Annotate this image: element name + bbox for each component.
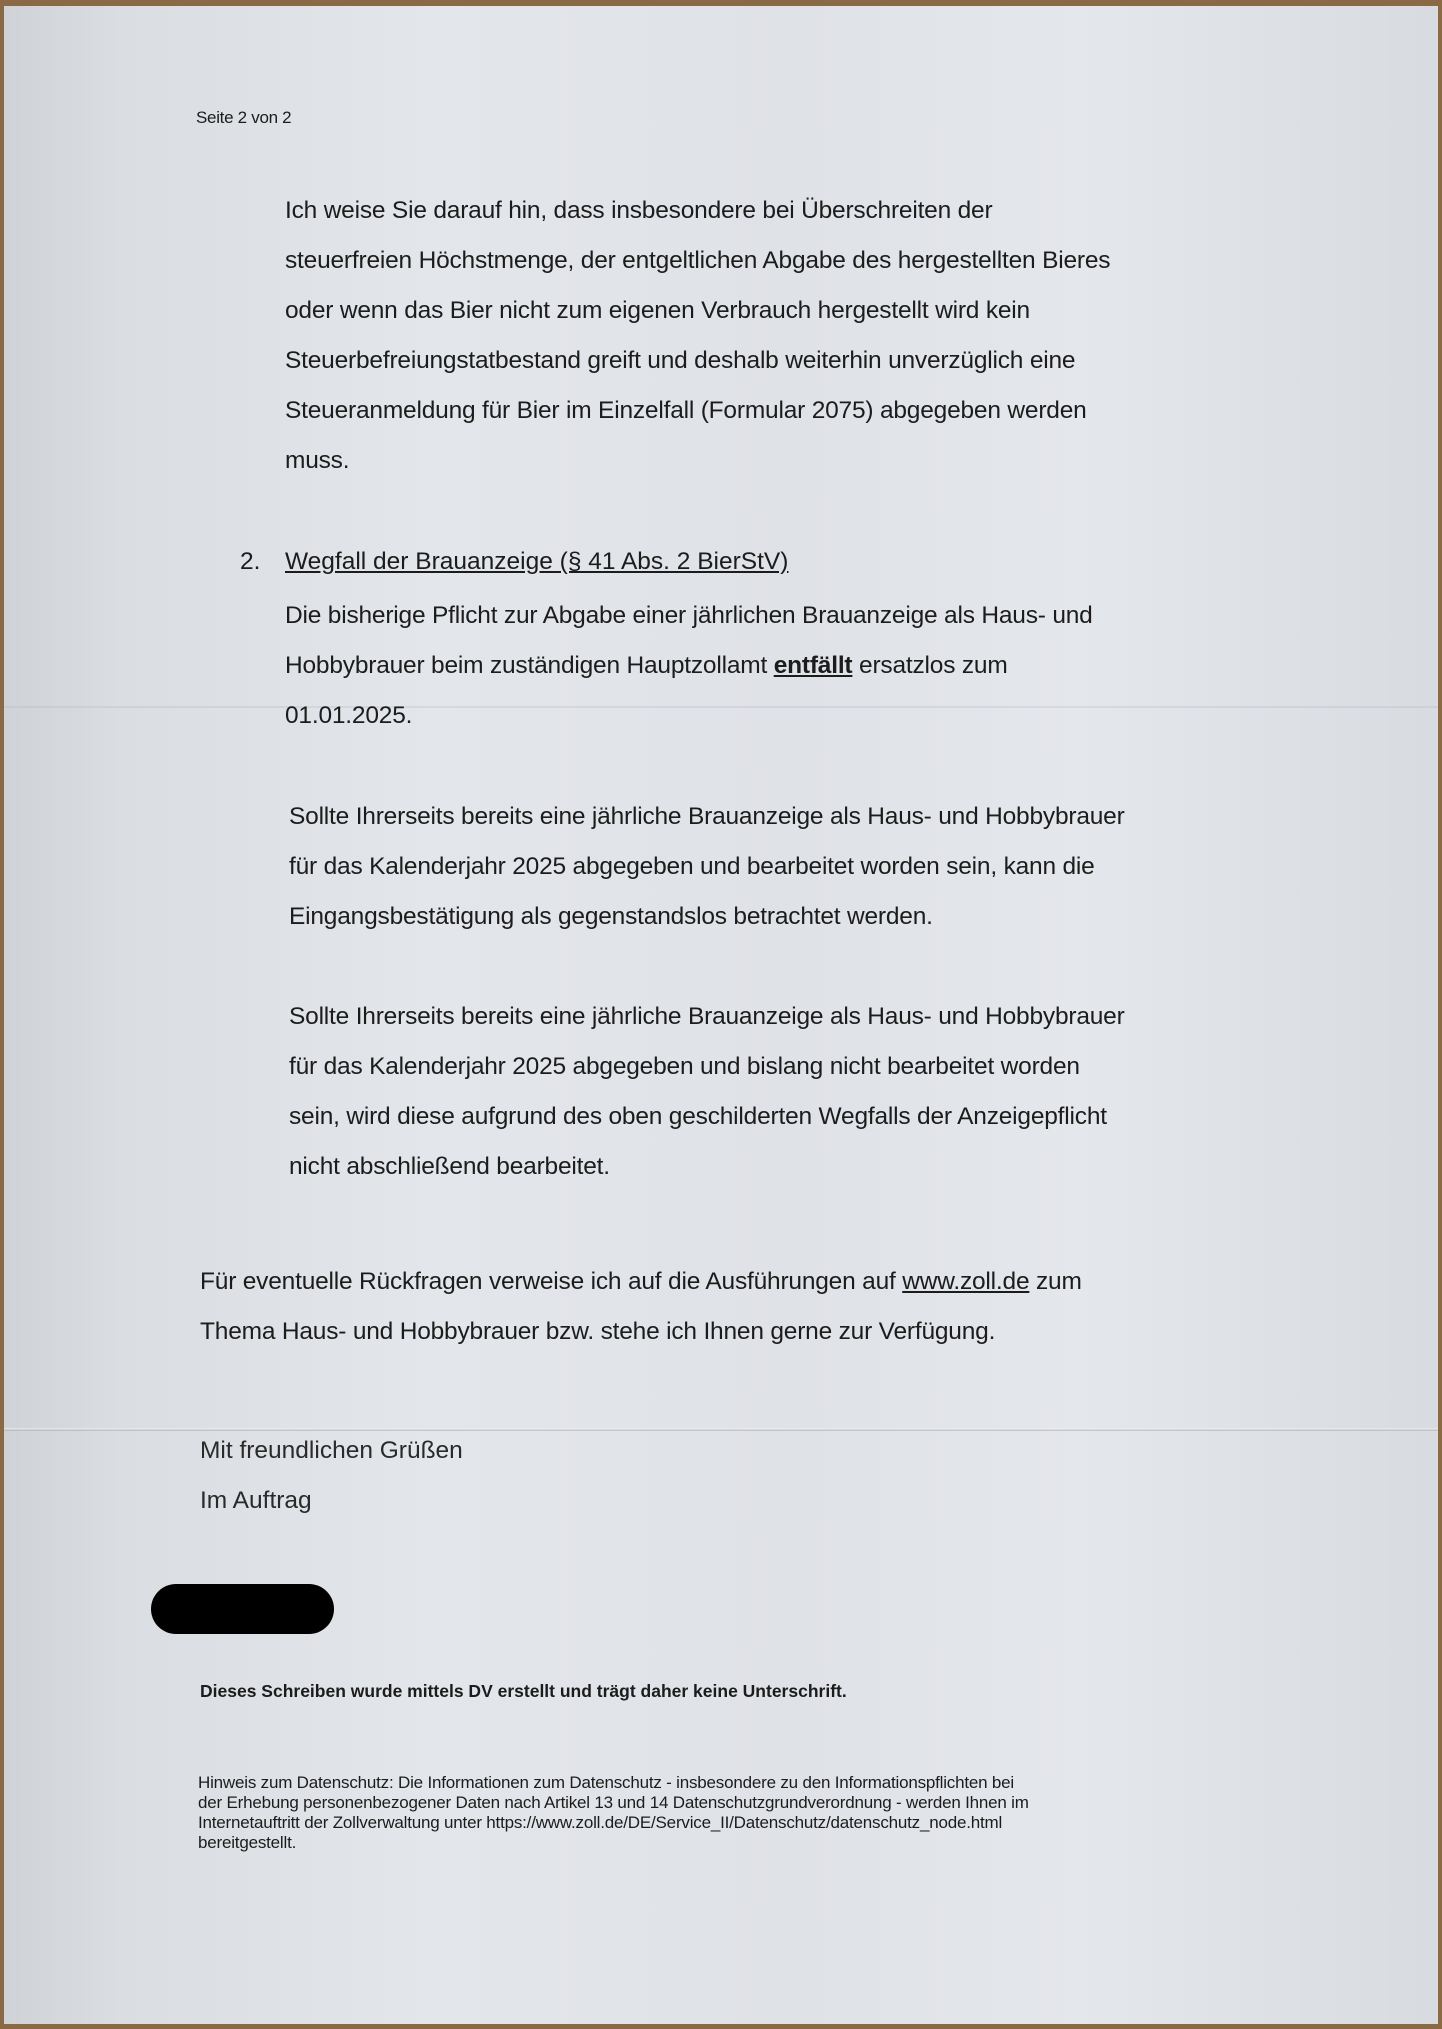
emphasis-entfaellt: entfällt: [774, 652, 853, 679]
privacy-notice: Hinweis zum Datenschutz: Die Information…: [198, 1773, 1338, 1853]
closing-block: Mit freundlichen Grüßen Im Auftrag: [200, 1426, 463, 1526]
zoll-website-link[interactable]: www.zoll.de: [902, 1268, 1029, 1295]
contact-paragraph: Für eventuelle Rückfragen verweise ich a…: [200, 1257, 1330, 1357]
section-paragraph: Die bisherige Pflicht zur Abgabe einer j…: [285, 591, 1335, 741]
redacted-signature-name: [151, 1584, 334, 1634]
automated-letter-note: Dieses Schreiben wurde mittels DV erstel…: [200, 1681, 847, 1702]
page-indicator: Seite 2 von 2: [196, 108, 291, 128]
on-behalf: Im Auftrag: [200, 1476, 463, 1526]
intro-paragraph: Ich weise Sie darauf hin, dass insbesond…: [285, 186, 1335, 486]
greeting: Mit freundlichen Grüßen: [200, 1426, 463, 1476]
processed-notice-paragraph: Sollte Ihrerseits bereits eine jährliche…: [289, 792, 1349, 942]
unprocessed-notice-paragraph: Sollte Ihrerseits bereits eine jährliche…: [289, 992, 1349, 1192]
section-title: Wegfall der Brauanzeige (§ 41 Abs. 2 Bie…: [285, 544, 788, 580]
letter-page: Seite 2 von 2 Ich weise Sie darauf hin, …: [4, 6, 1438, 2024]
section-number: 2.: [240, 544, 260, 580]
